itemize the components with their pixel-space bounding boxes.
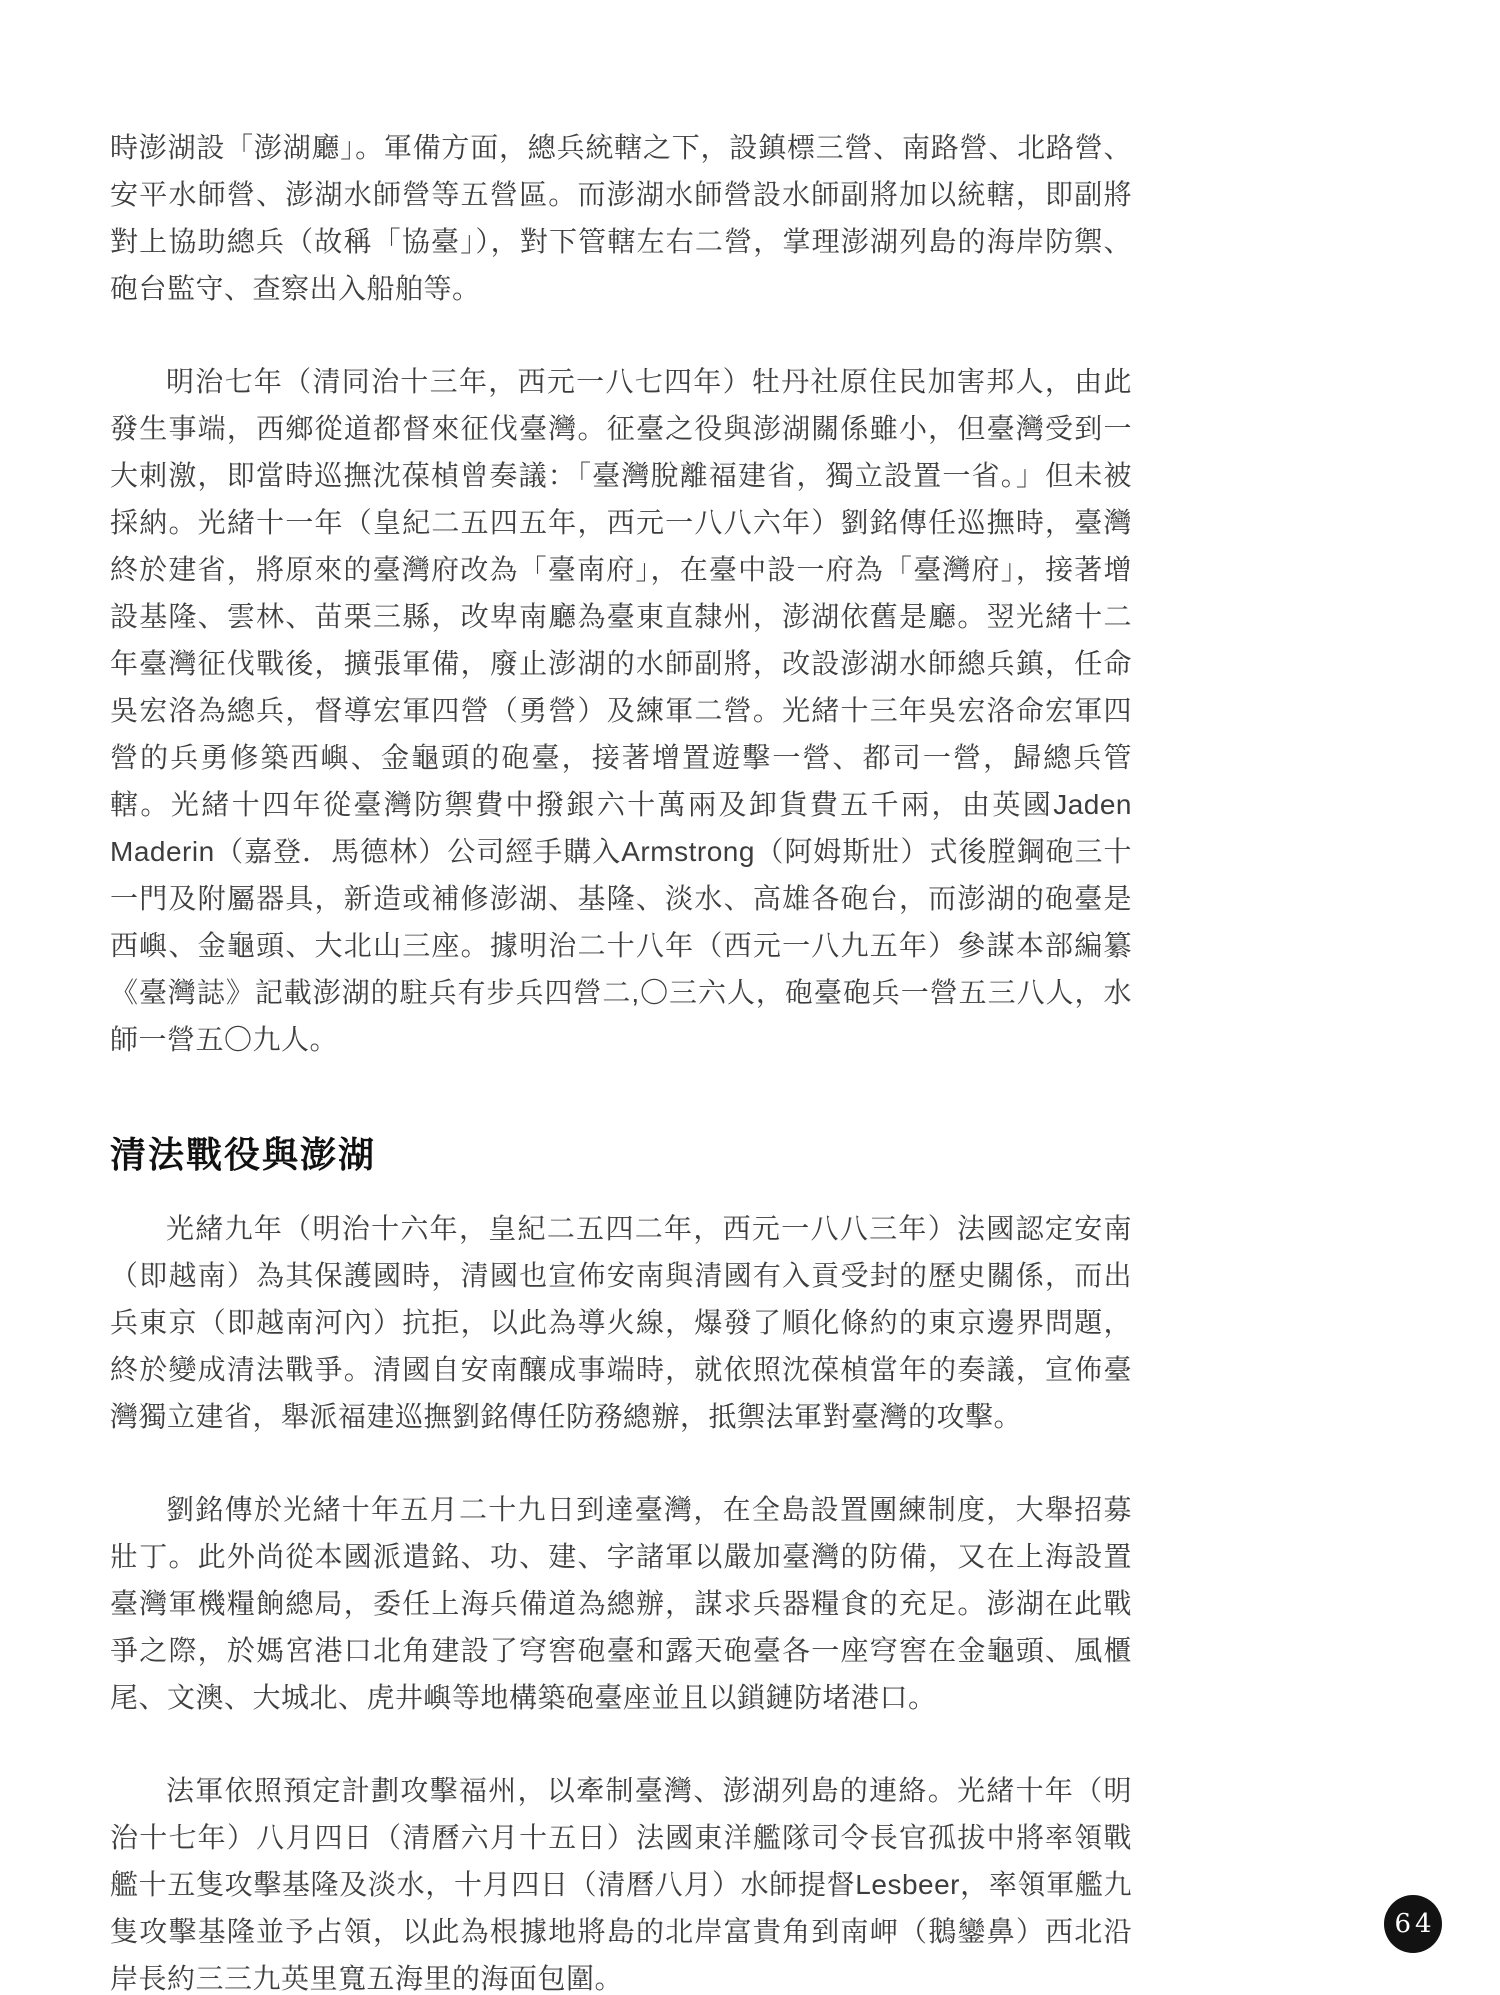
page-number-badge: 64 xyxy=(1384,1895,1442,1953)
paragraph-liu-mingchuan-defense: 劉銘傳於光緒十年五月二十九日到達臺灣，在全島設置團練制度，大舉招募壯丁。此外尚從… xyxy=(110,1486,1132,1721)
section-heading: 清法戰役與澎湖 xyxy=(110,1135,1132,1175)
paragraph-penghu-ting-garrison: 時澎湖設「澎湖廳」。軍備方面，總兵統轄之下，設鎮標三營、南路營、北路營、安平水師… xyxy=(110,124,1132,312)
paragraph-french-fleet-attack: 法軍依照預定計劃攻擊福州，以牽制臺灣、澎湖列島的連絡。光緒十年（明治十七年）八月… xyxy=(110,1767,1132,1995)
paragraph-sino-french-war-origin: 光緒九年（明治十六年，皇紀二五四二年，西元一八八三年）法國認定安南（即越南）為其… xyxy=(110,1205,1132,1440)
paragraph-mudan-incident-taiwan-province: 明治七年（清同治十三年，西元一八七四年）牡丹社原住民加害邦人，由此發生事端，西鄉… xyxy=(110,358,1132,1063)
document-page: 時澎湖設「澎湖廳」。軍備方面，總兵統轄之下，設鎮標三營、南路營、北路營、安平水師… xyxy=(0,0,1500,1995)
page-number: 64 xyxy=(1394,1909,1435,1939)
page-content: 時澎湖設「澎湖廳」。軍備方面，總兵統轄之下，設鎮標三營、南路營、北路營、安平水師… xyxy=(110,124,1132,1995)
